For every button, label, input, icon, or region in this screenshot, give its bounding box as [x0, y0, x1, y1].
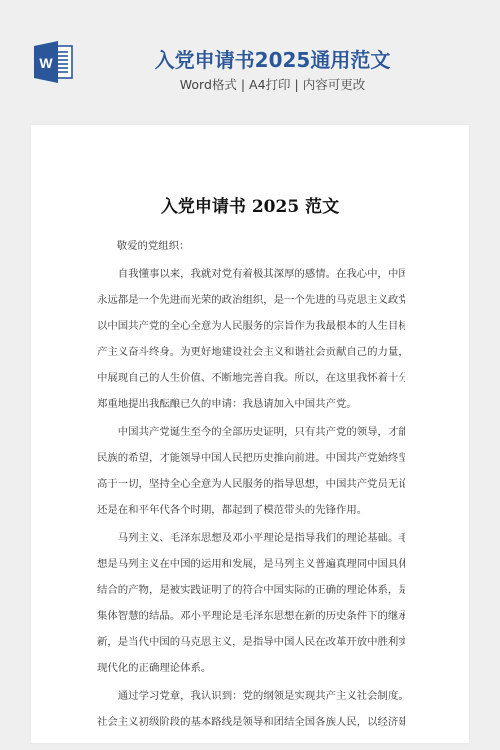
text-line: 中展现自己的人生价值、不断地完善自我。所以，在这里我怀着十分激动的心情，: [97, 365, 405, 391]
text-line: 高于一切，坚持全心全意为人民服务的指导思想，中国共产党员无论在战争年代，: [97, 471, 405, 497]
paragraph: 通过学习党章，我认识到：党的纲领是实现共产主义社会制度。而党在 社会主义初级阶段…: [97, 683, 405, 735]
header: W 入党申请书2025通用范文 Word格式 | A4打印 | 内容可更改: [0, 0, 500, 120]
text-line: 自我懂事以来，我就对党有着极其深厚的感情。在我心中，中国共产党: [97, 261, 405, 287]
text-line: 还是在和平年代各个时期，都起到了模范带头的先锋作用。: [97, 497, 405, 523]
header-subtitle: Word格式 | A4打印 | 内容可更改: [150, 75, 395, 93]
text-line: 结合的产物，是被实践证明了的符合中国实际的正确的理论体系，是中国共产党: [97, 577, 405, 603]
text-line: 现代化的正确理论体系。: [97, 655, 405, 681]
paragraph: 中国共产党诞生至今的全部历史证明，只有共产党的领导，才能肩负起 民族的希望，才能…: [97, 419, 405, 523]
document-body: 敬爱的党组织： 自我懂事以来，我就对党有着极其深厚的感情。在我心中，中国共产党 …: [97, 233, 405, 735]
text-line: 通过学习党章，我认识到：党的纲领是实现共产主义社会制度。而党在: [97, 683, 405, 709]
text-line: 社会主义初级阶段的基本路线是领导和团结全国各族人民，以经济建设为中心，: [97, 709, 405, 735]
paragraph: 马列主义、毛泽东思想及邓小平理论是指导我们的理论基础。毛泽东思 想是马列主义在中…: [97, 525, 405, 681]
svg-text:W: W: [39, 55, 53, 71]
document-title: 入党申请书 2025 范文: [31, 192, 469, 217]
text-line: 马列主义、毛泽东思想及邓小平理论是指导我们的理论基础。毛泽东思: [97, 525, 405, 551]
text-line: 以中国共产党的全心全意为人民服务的宗旨作为我最根本的人生目标，为实现共: [97, 313, 405, 339]
text-line: 想是马列主义在中国的运用和发展，是马列主义普遍真理同中国具体革命实践相: [97, 551, 405, 577]
text-line: 永远都是一个先进而光荣的政治组织，是一个先进的马克思主义政党，而且我将: [97, 287, 405, 313]
salutation: 敬爱的党组织：: [97, 233, 405, 259]
document-page: 入党申请书 2025 范文 敬爱的党组织： 自我懂事以来，我就对党有着极其深厚的…: [31, 125, 469, 743]
text-line: 郑重地提出我酝酿已久的申请：我恳请加入中国共产党。: [97, 391, 405, 417]
header-title: 入党申请书2025通用范文: [150, 44, 395, 73]
text-line: 新，是当代中国的马克思主义，是指导中国人民在改革开放中胜利实现社会主义: [97, 629, 405, 655]
text-line: 集体智慧的结晶。邓小平理论是毛泽东思想在新的历史条件下的继承、发展和创: [97, 603, 405, 629]
paragraph: 自我懂事以来，我就对党有着极其深厚的感情。在我心中，中国共产党 永远都是一个先进…: [97, 261, 405, 417]
text-line: 产主义奋斗终身。为更好地建设社会主义和谐社会贡献自己的力量，并在此过程: [97, 339, 405, 365]
text-line: 民族的希望，才能领导中国人民把历史推向前进。中国共产党始终坚持人民利益: [97, 445, 405, 471]
word-icon: W: [32, 40, 76, 84]
text-line: 中国共产党诞生至今的全部历史证明，只有共产党的领导，才能肩负起: [97, 419, 405, 445]
